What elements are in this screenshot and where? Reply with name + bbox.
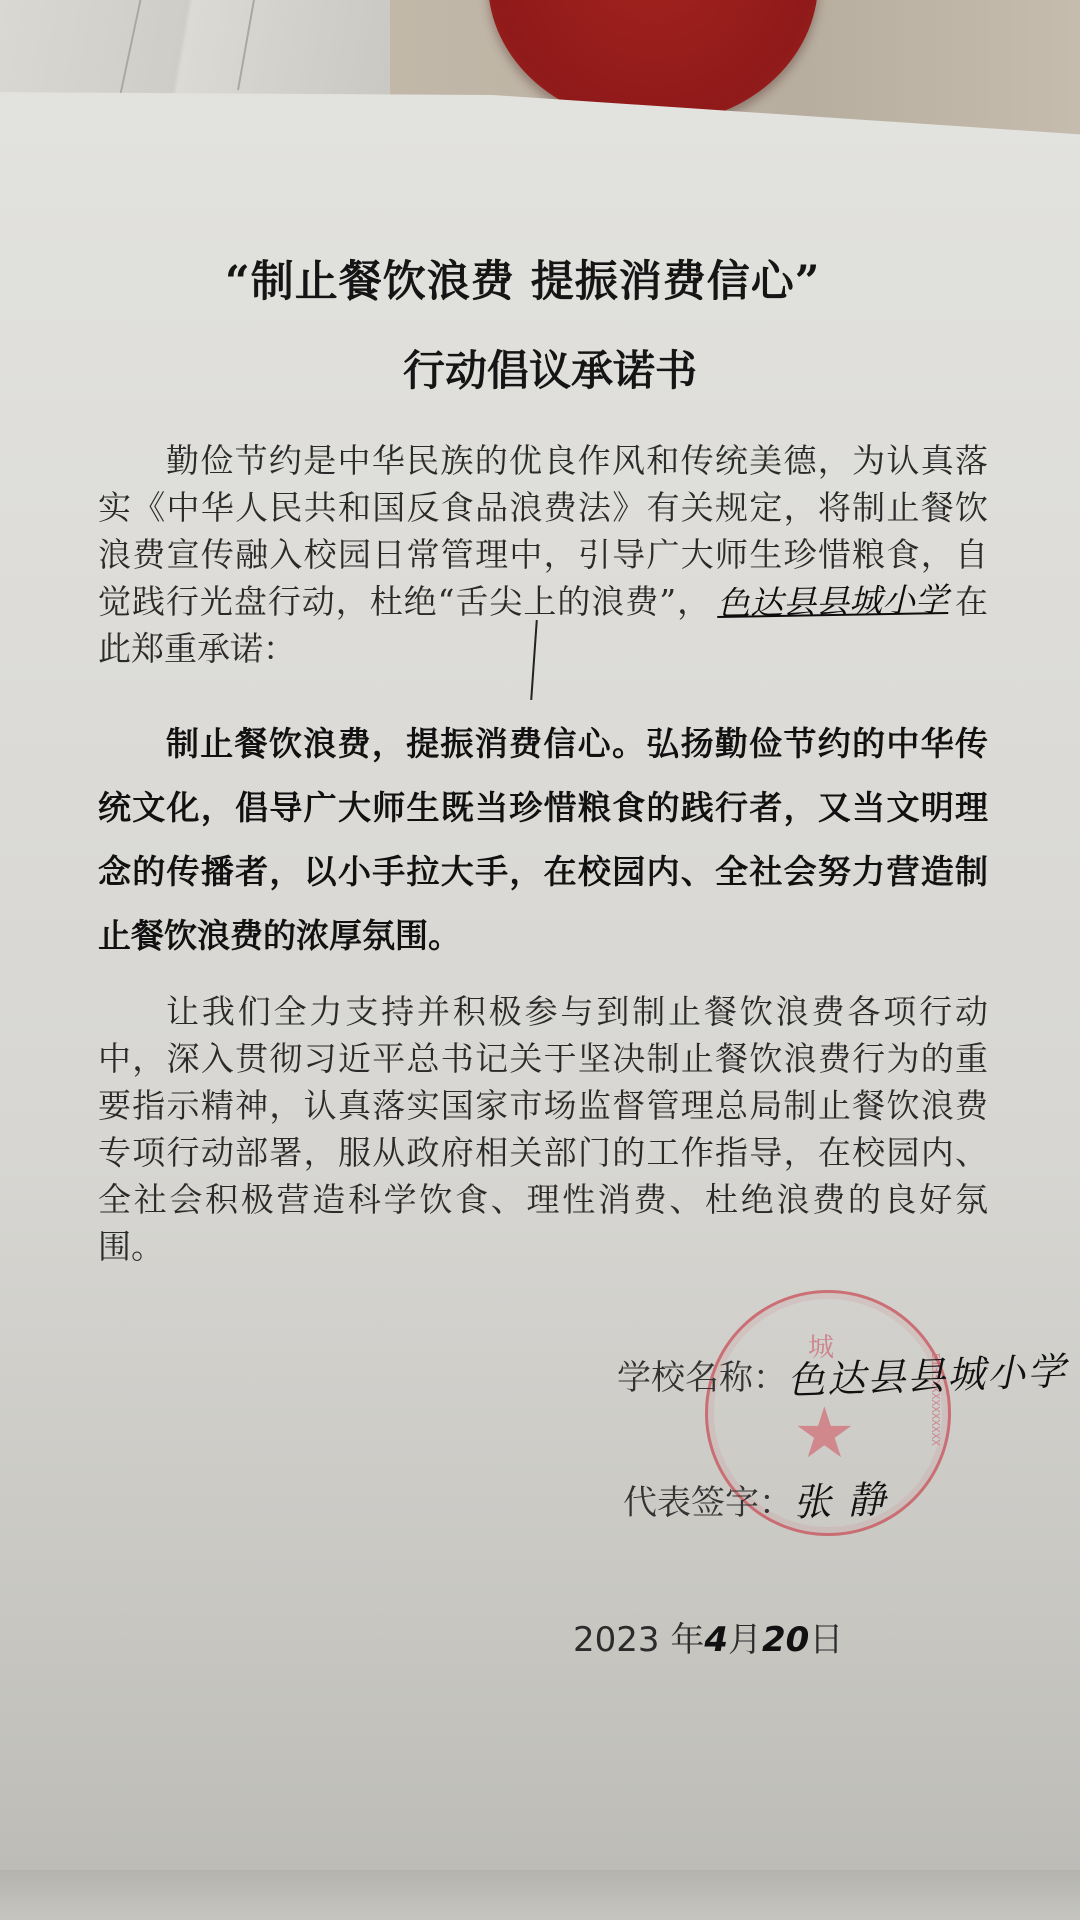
seal-star-icon: ★ bbox=[793, 1398, 856, 1468]
document-title: “制止餐饮浪费 提振消费信心” bbox=[225, 248, 925, 309]
handwritten-school-name: 色达县县城小学 bbox=[711, 576, 955, 627]
document-subtitle: 行动倡议承诺书 bbox=[0, 338, 1080, 398]
paragraph-pledge-bold: 制止餐饮浪费，提振消费信心。弘扬勤俭节约的中华传统文化，倡导广大师生既当珍惜粮食… bbox=[98, 712, 988, 968]
representative-label: 代表签字： bbox=[623, 1483, 793, 1523]
document-date: 2023 年4月20日 bbox=[573, 1612, 843, 1661]
representative-signature: 张 静 bbox=[792, 1468, 888, 1526]
paragraph-intro: 勤俭节约是中华民族的优良作风和传统美德，为认真落实《中华人民共和国反食品浪费法》… bbox=[98, 437, 988, 672]
date-year-suffix: 年 bbox=[660, 1620, 705, 1660]
school-name-handwritten: 色达县县城小学 bbox=[786, 1340, 1068, 1405]
representative-signature-row: 代表签字：张 静 bbox=[623, 1470, 887, 1525]
date-year: 2023 bbox=[573, 1620, 660, 1660]
date-day: 20 bbox=[762, 1620, 809, 1660]
pledge-document: “制止餐饮浪费 提振消费信心” 行动倡议承诺书 勤俭节约是中华民族的优良作风和传… bbox=[0, 0, 1080, 1920]
school-name-row: 学校名称：色达县县城小学 bbox=[617, 1345, 1067, 1400]
school-name-label: 学校名称： bbox=[617, 1358, 787, 1398]
date-day-suffix: 日 bbox=[809, 1620, 843, 1660]
date-month-suffix: 月 bbox=[728, 1620, 762, 1660]
paragraph-action: 让我们全力支持并积极参与到制止餐饮浪费各项行动中，深入贯彻习近平总书记关于坚决制… bbox=[98, 988, 988, 1270]
date-month: 4 bbox=[704, 1620, 728, 1660]
